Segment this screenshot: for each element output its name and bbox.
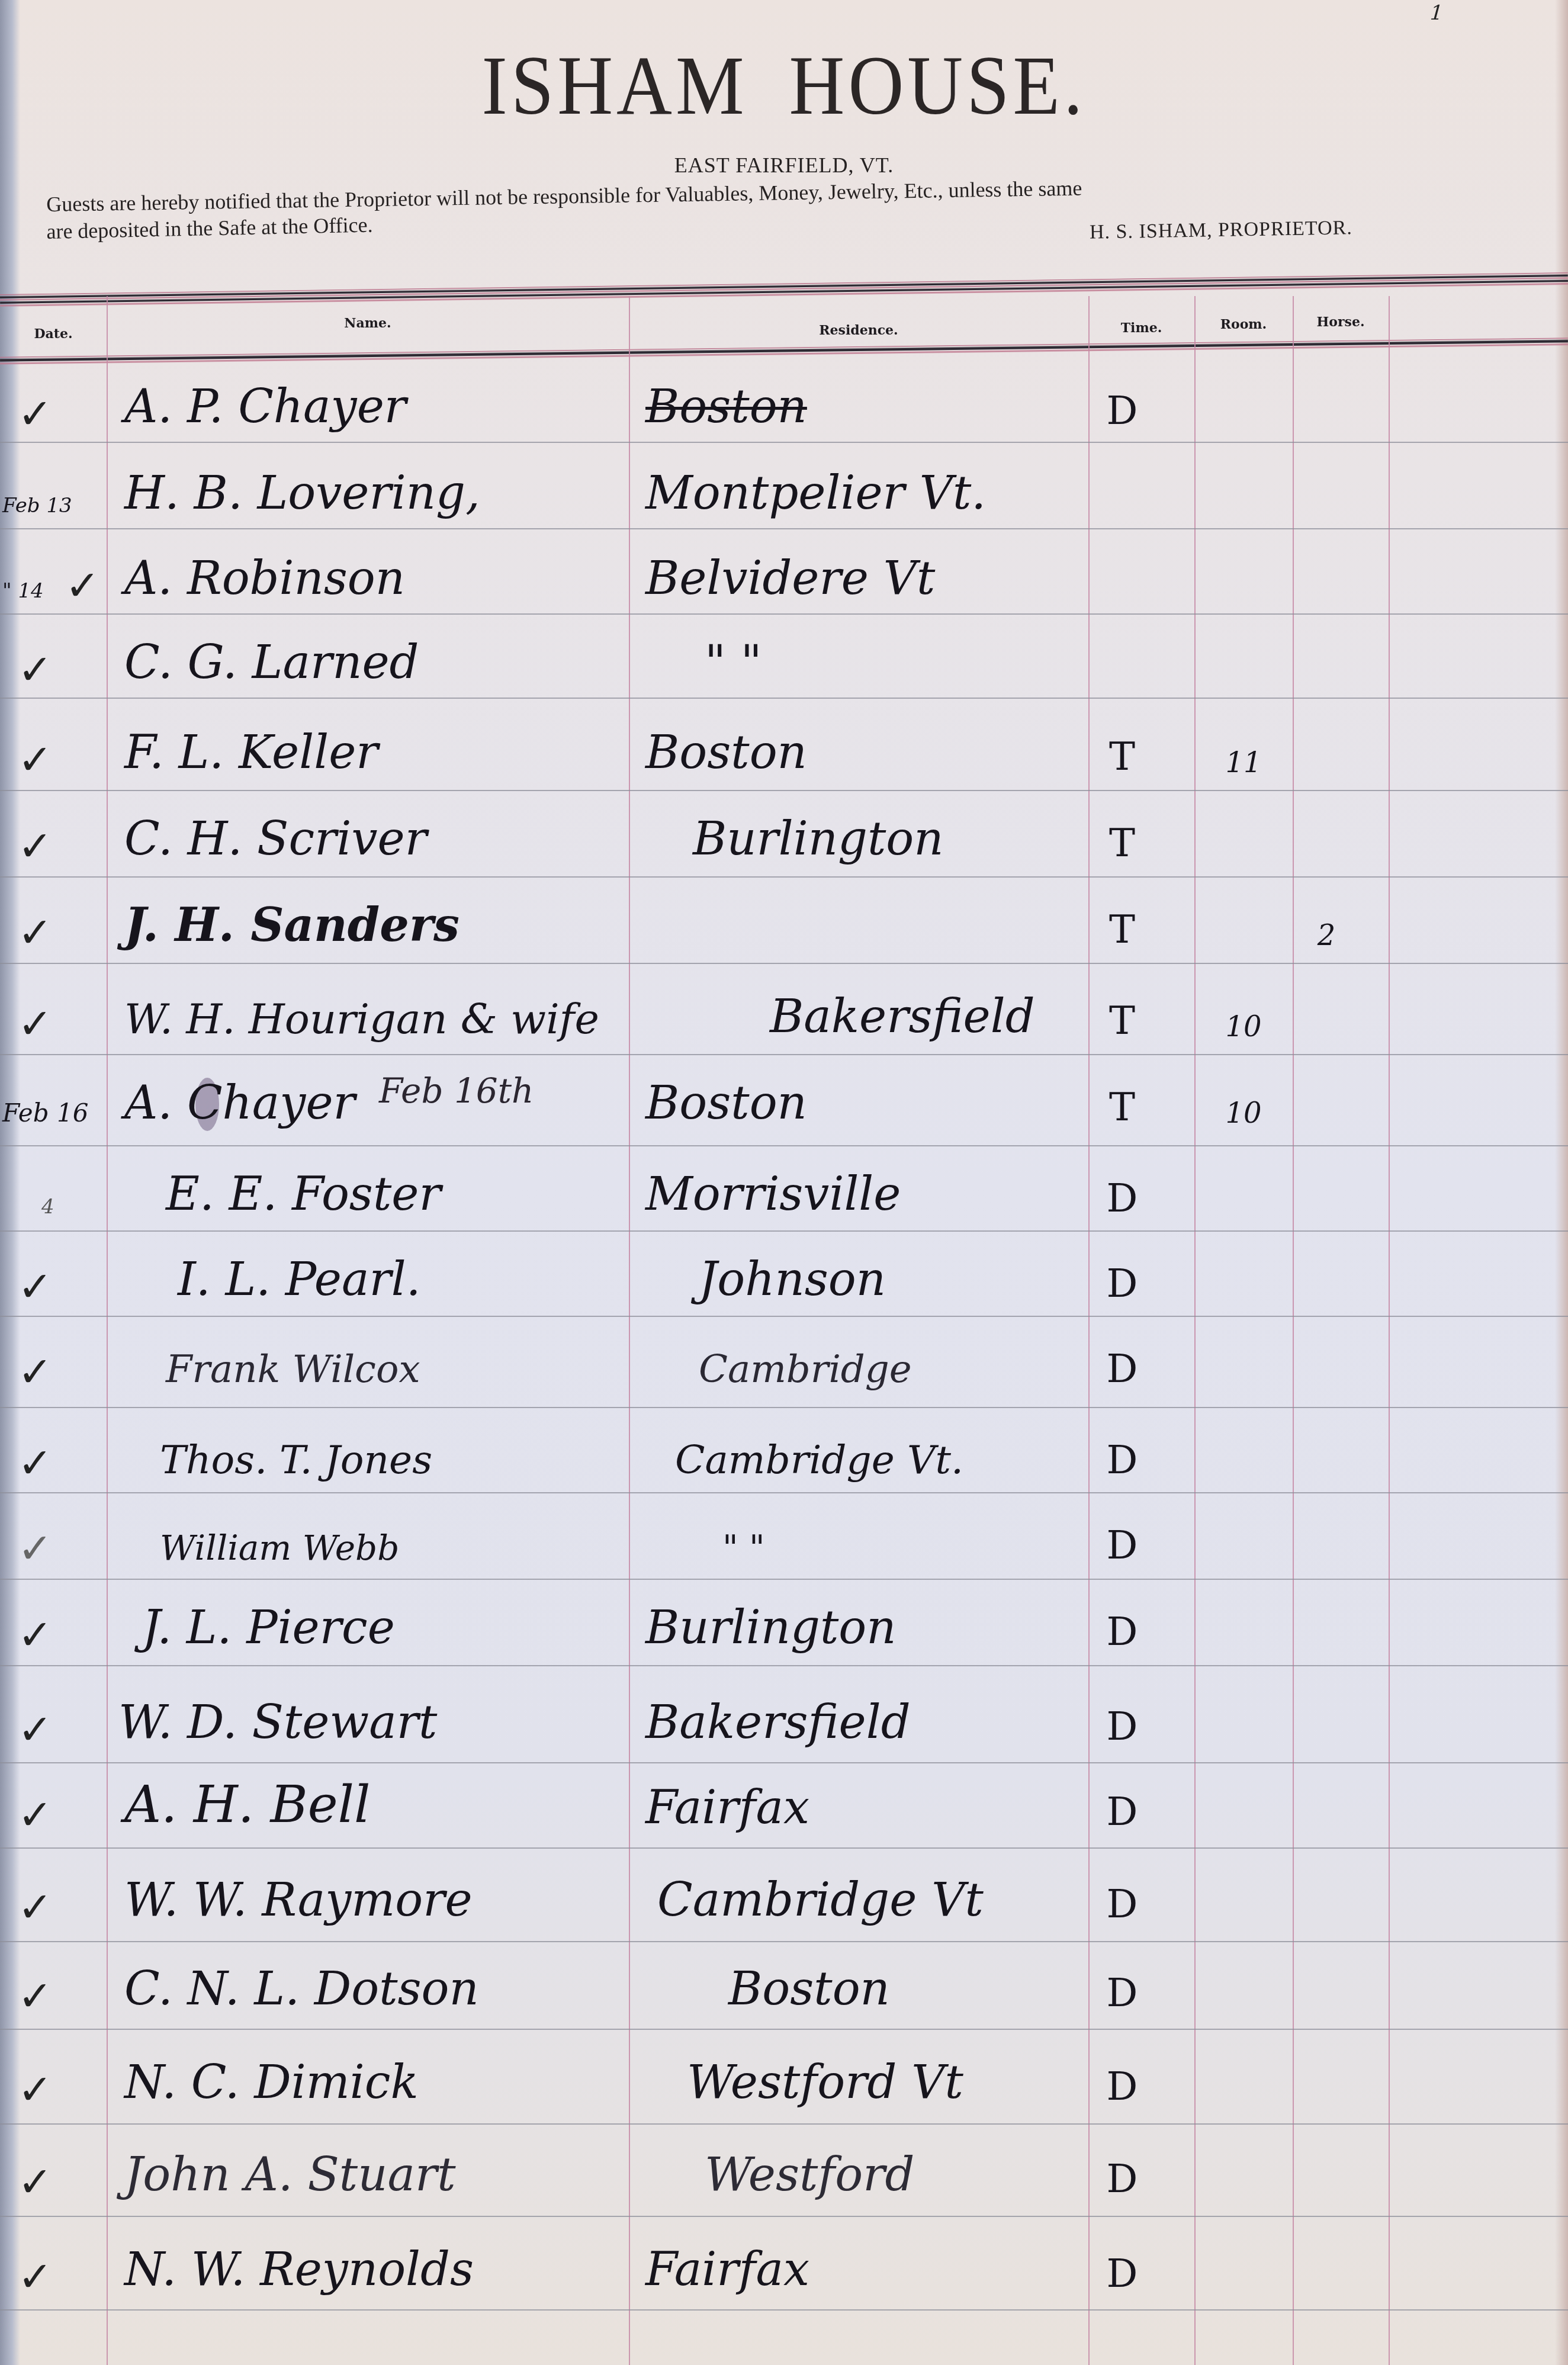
guest-residence: Morrisville bbox=[645, 1168, 901, 1221]
row-rule bbox=[0, 2216, 1568, 2217]
title-word-1: ISHAM bbox=[482, 39, 748, 133]
guest-name: J. L. Pierce bbox=[142, 1601, 395, 1654]
room-number: 10 bbox=[1220, 1010, 1267, 1043]
column-header-row: Date. Name. Residence. Time. Room. Horse… bbox=[0, 302, 1568, 349]
checkmark-icon: ✓ bbox=[18, 645, 53, 694]
horse-count: 2 bbox=[1303, 919, 1350, 952]
guest-name: N. W. Reynolds bbox=[124, 2243, 474, 2296]
guest-residence: Burlington bbox=[693, 812, 943, 866]
checkmark-icon: ✓ bbox=[18, 908, 53, 957]
checkmark-icon: ✓ bbox=[18, 390, 53, 438]
guest-name: W. D. Stewart bbox=[118, 1696, 437, 1749]
room-number: 11 bbox=[1220, 746, 1267, 779]
register-entry: ✓ C. H. Scriver Burlington T bbox=[0, 790, 1568, 876]
guest-residence: Johnson bbox=[699, 1253, 886, 1306]
checkmark-icon: ✓ bbox=[18, 1000, 53, 1048]
title-word-2: HOUSE. bbox=[789, 39, 1087, 133]
guest-name: Frank Wilcox bbox=[166, 1348, 420, 1392]
guest-residence: Bakersfield bbox=[645, 1696, 911, 1749]
checkmark-icon: ✓ bbox=[18, 1524, 53, 1573]
guest-name: A. H. Bell bbox=[124, 1775, 371, 1834]
checkmark-icon: ✓ bbox=[65, 561, 100, 610]
guest-residence: " " bbox=[722, 1528, 765, 1568]
register-title: ISHAMHOUSE. bbox=[0, 37, 1568, 135]
column-header-residence: Residence. bbox=[629, 307, 1088, 354]
arrival-time: D bbox=[1101, 1261, 1143, 1306]
guest-name: John A. Stuart bbox=[124, 2148, 456, 2202]
register-entry: ✓ Frank Wilcox Cambridge D bbox=[0, 1316, 1568, 1402]
column-header-room: Room. bbox=[1194, 301, 1293, 348]
guest-name: H. B. Lovering, bbox=[124, 467, 480, 520]
column-header-horse: Horse. bbox=[1293, 298, 1389, 346]
guest-residence: Boston bbox=[728, 1962, 890, 2016]
guest-residence: Fairfax bbox=[645, 1781, 809, 1834]
arrival-time: D bbox=[1101, 1522, 1143, 1568]
arrival-time: D bbox=[1101, 2156, 1143, 2202]
room-number: 10 bbox=[1220, 1097, 1267, 1130]
register-entry: ✓ William Webb " " D bbox=[0, 1492, 1568, 1579]
guest-name: William Webb bbox=[160, 1528, 399, 1568]
checkmark-icon: ✓ bbox=[18, 2158, 53, 2206]
arrival-time: T bbox=[1101, 907, 1143, 952]
guest-name: I. L. Pearl. bbox=[178, 1253, 420, 1306]
arrival-time: T bbox=[1101, 998, 1143, 1043]
guest-name: A. Robinson bbox=[124, 552, 405, 605]
date-overwrite: Feb 16th bbox=[379, 1071, 534, 1111]
register-entry: ✓ C. N. L. Dotson Boston D bbox=[0, 1940, 1568, 2026]
row-rule bbox=[0, 1847, 1568, 1849]
guest-residence: Cambridge Vt bbox=[657, 1874, 984, 1927]
checkmark-icon: ✓ bbox=[18, 1262, 53, 1311]
column-header-date: Date. bbox=[0, 310, 107, 358]
checkmark-icon: ✓ bbox=[18, 1883, 53, 1932]
register-entry: ✓ Thos. T. Jones Cambridge Vt. D bbox=[0, 1407, 1568, 1493]
checkmark-icon: ✓ bbox=[18, 1705, 53, 1754]
guest-residence: " " bbox=[705, 636, 762, 689]
guest-name: W. H. Hourigan & wife bbox=[124, 995, 599, 1043]
guest-residence: Fairfax bbox=[645, 2243, 809, 2296]
arrival-time: D bbox=[1101, 1704, 1143, 1749]
register-entry: ✓ A. H. Bell Fairfax D bbox=[0, 1759, 1568, 1845]
entry-date: " 14 bbox=[2, 579, 44, 603]
arrival-time: D bbox=[1101, 1175, 1143, 1221]
arrival-time: D bbox=[1101, 1970, 1143, 2016]
arrival-time: D bbox=[1101, 1881, 1143, 1927]
register-entry: ✓ J. L. Pierce Burlington D bbox=[0, 1579, 1568, 1665]
guest-name: C. G. Larned bbox=[124, 636, 419, 689]
guest-residence: Montpelier Vt. bbox=[645, 467, 986, 520]
guest-residence: Boston bbox=[645, 726, 807, 779]
guest-name: A. Chayer bbox=[124, 1077, 355, 1130]
register-entry: ✓ " 14 A. Robinson Belvidere Vt bbox=[0, 529, 1568, 616]
guest-name: Thos. T. Jones bbox=[160, 1437, 432, 1483]
row-rule bbox=[0, 2029, 1568, 2030]
register-entry: ✓ A. P. Chayer Boston D bbox=[0, 358, 1568, 444]
checkmark-icon: ✓ bbox=[18, 1791, 53, 1839]
row-rule bbox=[0, 2123, 1568, 2125]
arrival-time: T bbox=[1101, 734, 1143, 779]
checkmark-icon: ✓ bbox=[18, 822, 53, 870]
checkmark-icon: ✓ bbox=[18, 2065, 53, 2114]
guest-name: J. H. Sanders bbox=[124, 898, 460, 952]
guest-residence: Cambridge Vt. bbox=[675, 1437, 963, 1483]
register-entry: ✓ C. G. Larned " " bbox=[0, 613, 1568, 700]
guest-name: E. E. Foster bbox=[166, 1168, 441, 1221]
guest-name: N. C. Dimick bbox=[124, 2056, 419, 2109]
register-entry: ✓ N. C. Dimick Westford Vt D bbox=[0, 2033, 1568, 2120]
register-entry: ✓ W. D. Stewart Bakersfield D bbox=[0, 1673, 1568, 1760]
guest-name: C. H. Scriver bbox=[124, 812, 427, 866]
arrival-time: D bbox=[1101, 388, 1143, 433]
guest-name: A. P. Chayer bbox=[124, 380, 406, 433]
checkmark-icon: ✓ bbox=[18, 1439, 53, 1487]
checkmark-icon: ✓ bbox=[18, 1611, 53, 1659]
arrival-time: D bbox=[1101, 1346, 1143, 1392]
checkmark-icon: ✓ bbox=[18, 1972, 53, 2020]
column-header-time: Time. bbox=[1088, 304, 1194, 352]
guest-name: C. N. L. Dotson bbox=[124, 1962, 479, 2016]
arrival-time: T bbox=[1101, 820, 1143, 866]
register-entry: Feb 16 A. Chayer Feb 16th Boston T 10 bbox=[0, 1054, 1568, 1140]
arrival-time: D bbox=[1101, 1789, 1143, 1834]
arrival-time: T bbox=[1101, 1084, 1143, 1130]
guest-residence: Boston bbox=[645, 380, 807, 433]
row-rule bbox=[0, 2309, 1568, 2311]
checkmark-icon: ✓ bbox=[18, 2252, 53, 2301]
register-entry: 4 E. E. Foster Morrisville D bbox=[0, 1145, 1568, 1232]
row-rule bbox=[0, 1665, 1568, 1666]
register-entry: ✓ J. H. Sanders T 2 bbox=[0, 876, 1568, 963]
entry-date: Feb 13 bbox=[2, 494, 72, 518]
arrival-time: D bbox=[1101, 2064, 1143, 2109]
entry-date: 4 bbox=[41, 1195, 54, 1219]
guest-residence: Bakersfield bbox=[770, 990, 1035, 1043]
register-entry: ✓ F. L. Keller Boston T 11 bbox=[0, 703, 1568, 790]
arrival-time: D bbox=[1101, 1437, 1143, 1483]
guest-residence: Cambridge bbox=[699, 1348, 912, 1392]
row-rule bbox=[0, 963, 1568, 964]
checkmark-icon: ✓ bbox=[18, 735, 53, 784]
column-header-name: Name. bbox=[107, 300, 629, 347]
guest-residence: Burlington bbox=[645, 1601, 896, 1654]
register-entry: ✓ W. H. Hourigan & wife Bakersfield T 10 bbox=[0, 968, 1568, 1054]
guest-residence: Westford Vt bbox=[687, 2056, 963, 2109]
register-entry: ✓ I. L. Pearl. Johnson D bbox=[0, 1230, 1568, 1317]
register-entry: ✓ W. W. Raymore Cambridge Vt D bbox=[0, 1851, 1568, 1937]
guest-residence: Westford bbox=[705, 2148, 914, 2202]
arrival-time: D bbox=[1101, 2251, 1143, 2296]
guest-name: F. L. Keller bbox=[124, 726, 378, 779]
checkmark-icon: ✓ bbox=[18, 1348, 53, 1396]
arrival-time: D bbox=[1101, 1609, 1143, 1654]
register-entry: Feb 13 H. B. Lovering, Montpelier Vt. bbox=[0, 444, 1568, 531]
guest-residence: Boston bbox=[645, 1077, 807, 1130]
page-number: 1 bbox=[1427, 1, 1446, 25]
guest-name: W. W. Raymore bbox=[124, 1874, 473, 1927]
register-entry: ✓ N. W. Reynolds Fairfax D bbox=[0, 2221, 1568, 2307]
guest-residence: Belvidere Vt bbox=[645, 552, 935, 605]
entry-date: Feb 16 bbox=[2, 1098, 88, 1127]
proprietor-signature: H. S. ISHAM, PROPRIETOR. bbox=[1090, 217, 1352, 244]
register-entry: ✓ John A. Stuart Westford D bbox=[0, 2126, 1568, 2212]
